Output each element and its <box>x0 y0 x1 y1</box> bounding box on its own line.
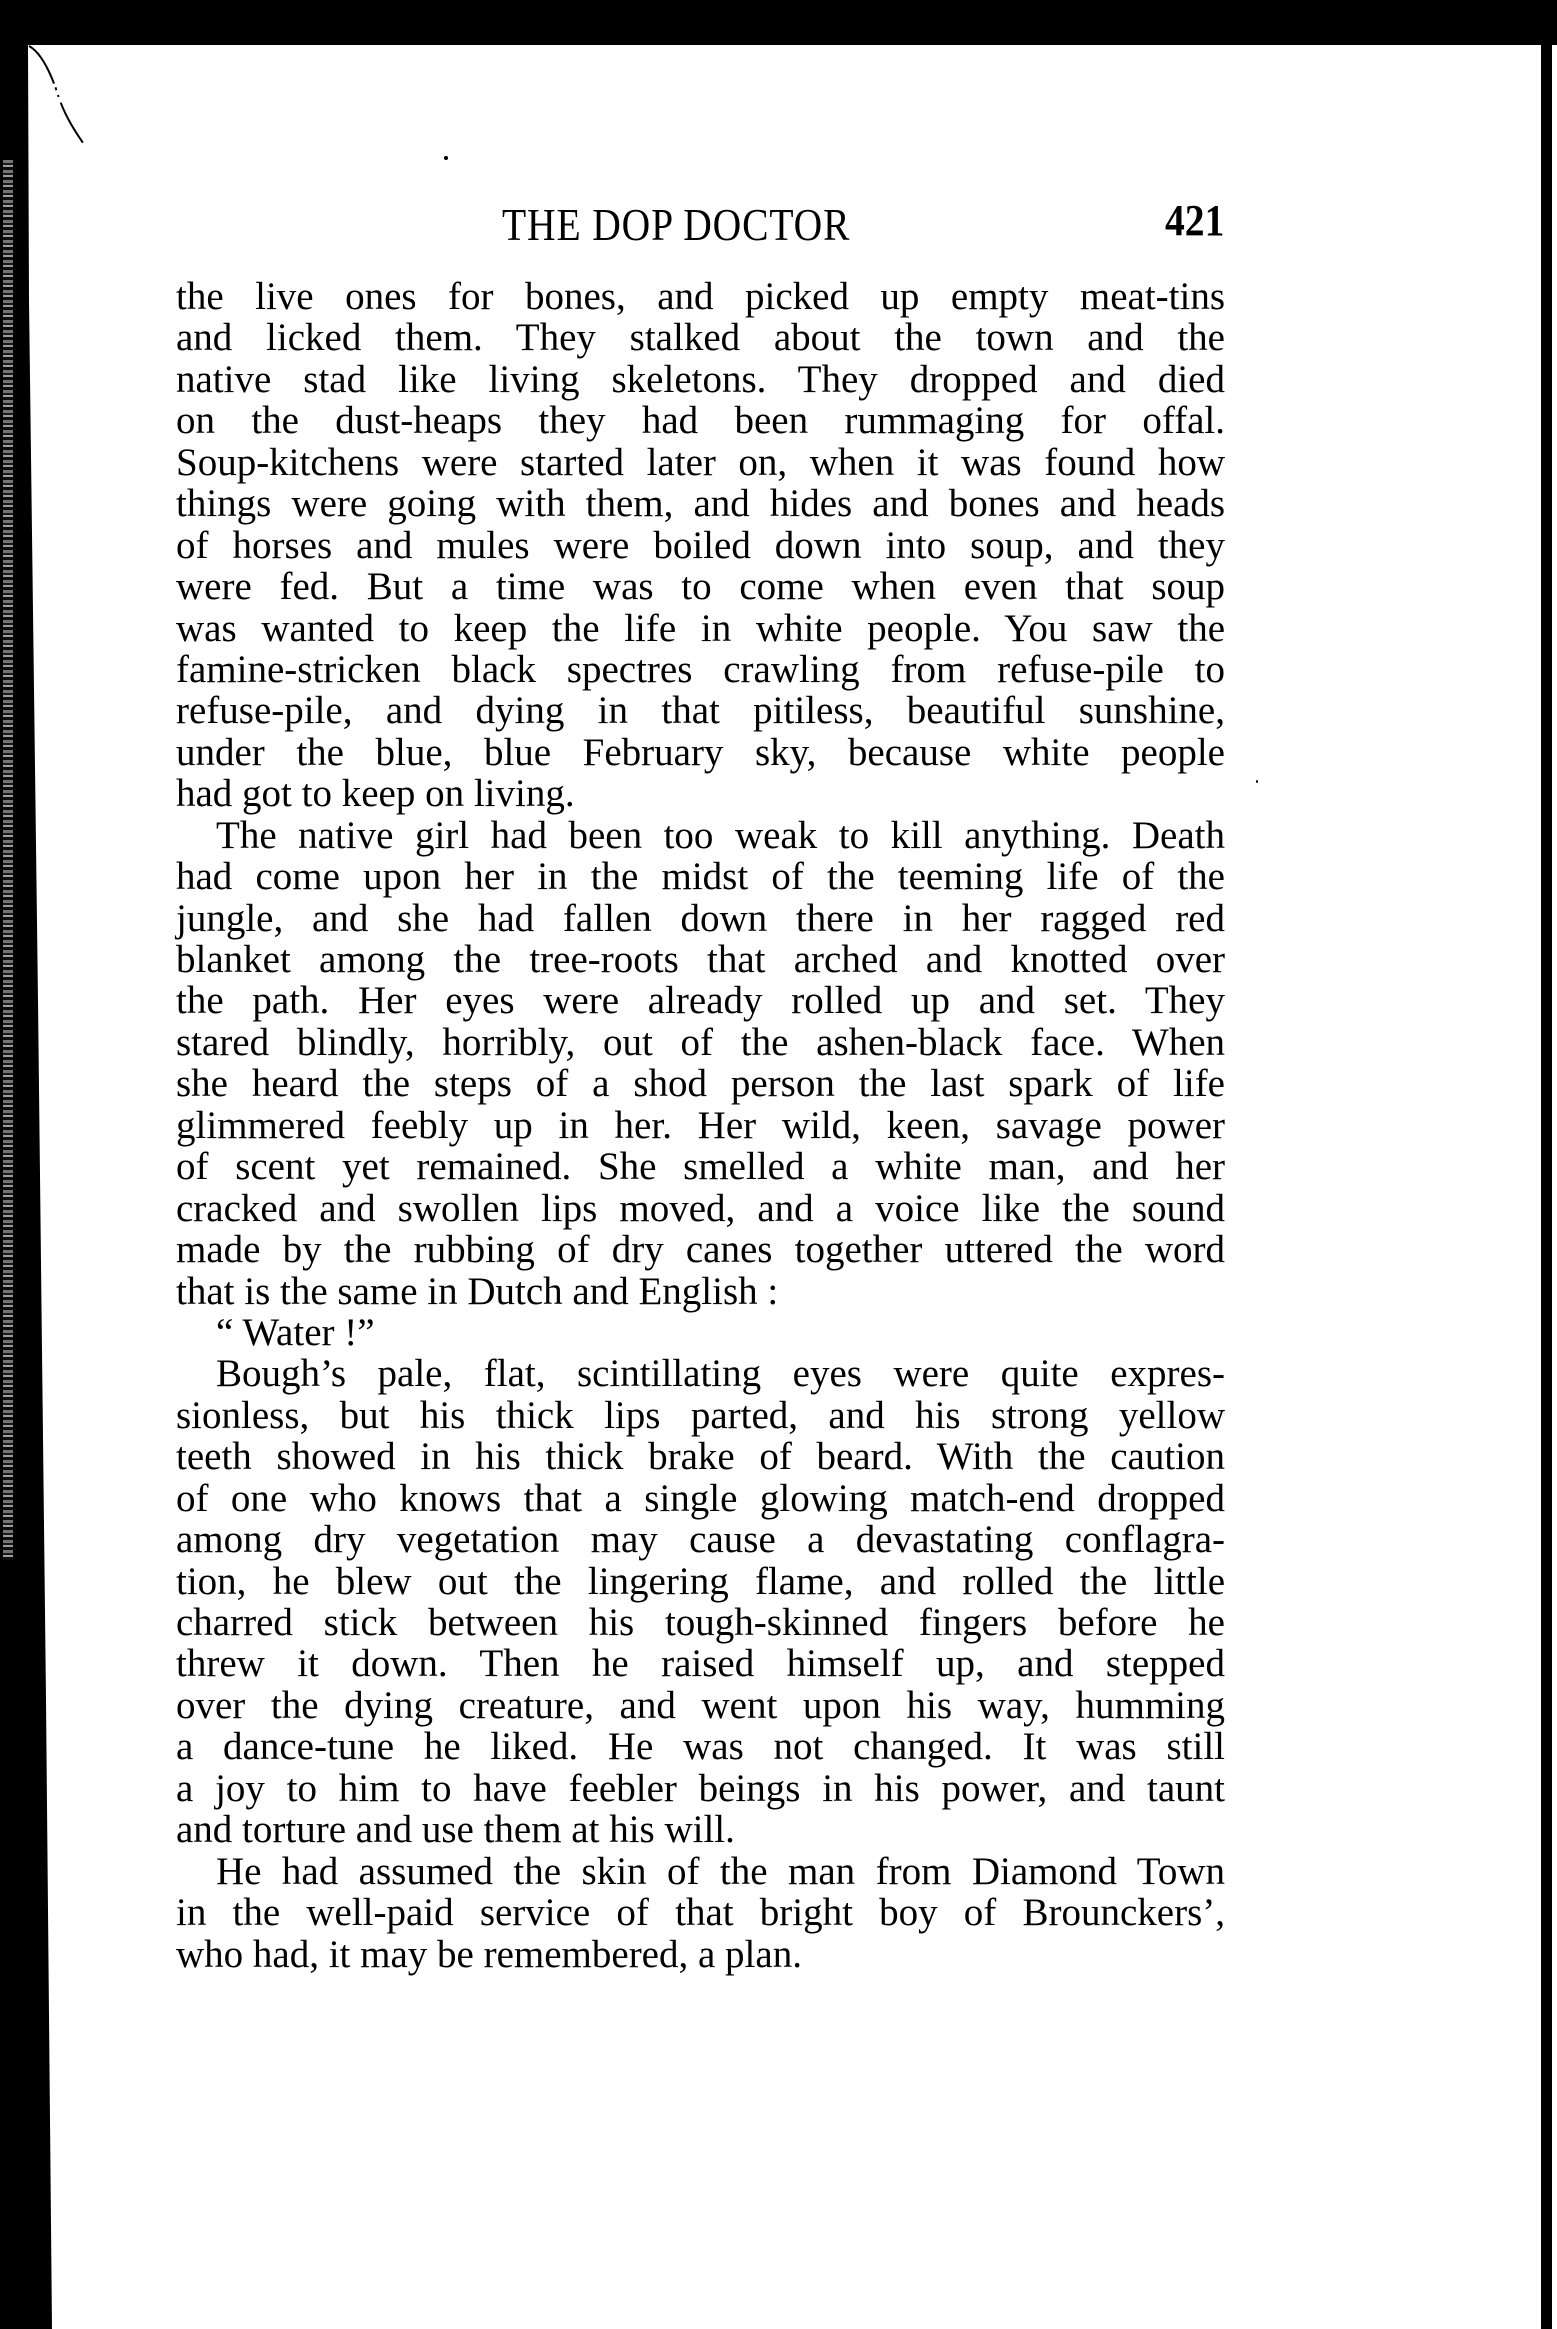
text-line: the path. Her eyes were already rolled u… <box>176 980 1225 1021</box>
text-line: had come upon her in the midst of the te… <box>176 856 1225 897</box>
text-line: that is the same in Dutch and English : <box>176 1271 1225 1312</box>
text-line: she heard the steps of a shod person the… <box>176 1063 1225 1104</box>
text-line: over the dying creature, and went upon h… <box>176 1685 1225 1726</box>
stray-ink-dot <box>1256 780 1258 783</box>
text-line: The native girl had been too weak to kil… <box>176 815 1225 856</box>
page-number: 421 <box>1165 199 1224 243</box>
text-line: “ Water !” <box>176 1312 1225 1353</box>
text-line: glimmered feebly up in her. Her wild, ke… <box>176 1105 1225 1146</box>
text-line: native stad like living skeletons. They … <box>176 359 1225 400</box>
text-line: the live ones for bones, and picked up e… <box>176 276 1225 317</box>
text-line: of scent yet remained. She smelled a whi… <box>176 1146 1225 1187</box>
text-line: refuse-pile, and dying in that pitiless,… <box>176 690 1225 731</box>
text-line: of one who knows that a single glowing m… <box>176 1478 1225 1519</box>
text-line: things were going with them, and hides a… <box>176 483 1225 524</box>
text-line: and torture and use them at his will. <box>176 1809 1225 1850</box>
text-line: Bough’s pale, flat, scintillating eyes w… <box>176 1353 1225 1394</box>
stray-ink-dot <box>444 156 448 160</box>
text-line: Soup-kitchens were started later on, whe… <box>176 442 1225 483</box>
text-line: stared blindly, horribly, out of the ash… <box>176 1022 1225 1063</box>
text-line: teeth showed in his thick brake of beard… <box>176 1436 1225 1477</box>
text-line: among dry vegetation may cause a devasta… <box>176 1519 1225 1560</box>
text-line: cracked and swollen lips moved, and a vo… <box>176 1188 1225 1229</box>
text-line: of horses and mules were boiled down int… <box>176 525 1225 566</box>
text-line: had got to keep on living. <box>176 773 1225 814</box>
text-line: sionless, but his thick lips parted, and… <box>176 1395 1225 1436</box>
text-line: under the blue, blue February sky, becau… <box>176 732 1225 773</box>
text-line: blanket among the tree-roots that arched… <box>176 939 1225 980</box>
text-line: made by the rubbing of dry canes togethe… <box>176 1229 1225 1270</box>
text-line: was wanted to keep the life in white peo… <box>176 608 1225 649</box>
scan-right-margin <box>1552 45 1557 2329</box>
text-line: charred stick between his tough-skinned … <box>176 1602 1225 1643</box>
text-line: tion, he blew out the lingering flame, a… <box>176 1561 1225 1602</box>
text-line: famine-stricken black spectres crawling … <box>176 649 1225 690</box>
text-line: a dance-tune he liked. He was not change… <box>176 1726 1225 1767</box>
text-line: a joy to him to have feebler beings in h… <box>176 1768 1225 1809</box>
text-line: He had assumed the skin of the man from … <box>176 1851 1225 1892</box>
text-line: who had, it may be remembered, a plan. <box>176 1934 1225 1975</box>
text-line: and licked them. They stalked about the … <box>176 317 1225 358</box>
running-head-title: THE DOP DOCTOR <box>502 202 850 248</box>
body-text: the live ones for bones, and picked up e… <box>176 276 1225 1975</box>
text-line: on the dust-heaps they had been rummagin… <box>176 400 1225 441</box>
scan-right-border <box>1541 38 1552 2329</box>
text-line: jungle, and she had fallen down there in… <box>176 898 1225 939</box>
scan-top-border <box>0 0 1557 45</box>
page-corner-curl-mark <box>0 0 160 200</box>
text-line: threw it down. Then he raised himself up… <box>176 1643 1225 1684</box>
text-line: in the well-paid service of that bright … <box>176 1892 1225 1933</box>
scan-edge-noise <box>3 160 13 1560</box>
text-line: were fed. But a time was to come when ev… <box>176 566 1225 607</box>
